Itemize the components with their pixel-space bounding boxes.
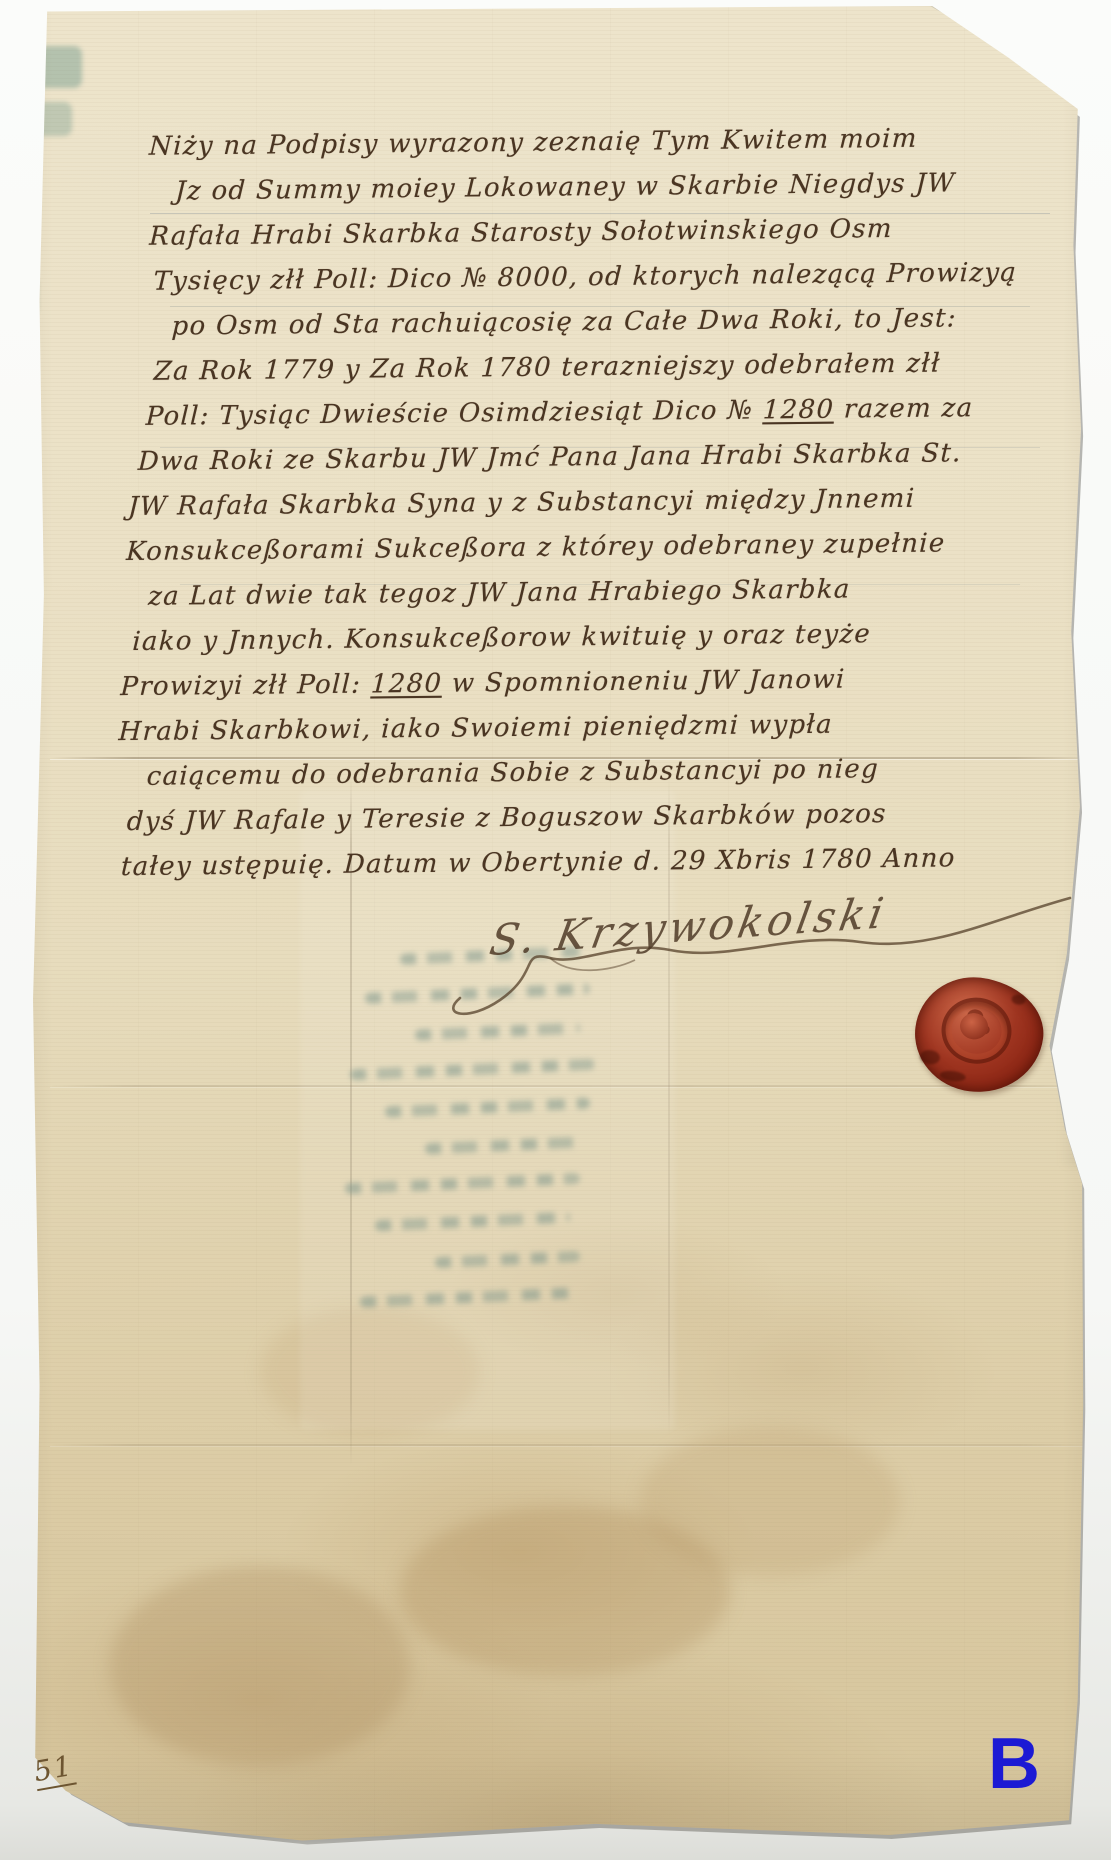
verso-bleedthrough-line — [350, 1059, 595, 1081]
verso-bleedthrough-line — [435, 1251, 580, 1268]
fold-crease — [50, 1444, 1100, 1446]
catalog-letter: B — [988, 1728, 1040, 1800]
verso-bleedthrough-line — [360, 1287, 575, 1307]
verso-bleedthrough-line — [345, 1173, 580, 1194]
scanner-background: Niży na Podpisy wyrazony zeznaię Tym Kwi… — [0, 0, 1111, 1860]
folio-number: 51 — [31, 1749, 76, 1791]
ink-bleed-mark — [20, 276, 38, 316]
manuscript-lines: Niży na Podpisy wyrazony zeznaię Tym Kwi… — [112, 115, 1104, 890]
ink-bleed-mark — [22, 46, 82, 88]
water-stain — [400, 1506, 730, 1676]
verso-bleedthrough-line — [425, 1137, 580, 1155]
water-stain — [640, 1426, 900, 1576]
seal-fleck — [939, 1070, 966, 1083]
verso-bleedthrough-line — [385, 1098, 590, 1118]
ink-bleed-mark — [26, 102, 72, 136]
seal-fleck — [1011, 994, 1026, 1006]
water-stain — [110, 1566, 410, 1766]
torn-corner-wrinkle — [930, 6, 1105, 101]
verso-bleedthrough-line — [375, 1212, 570, 1231]
